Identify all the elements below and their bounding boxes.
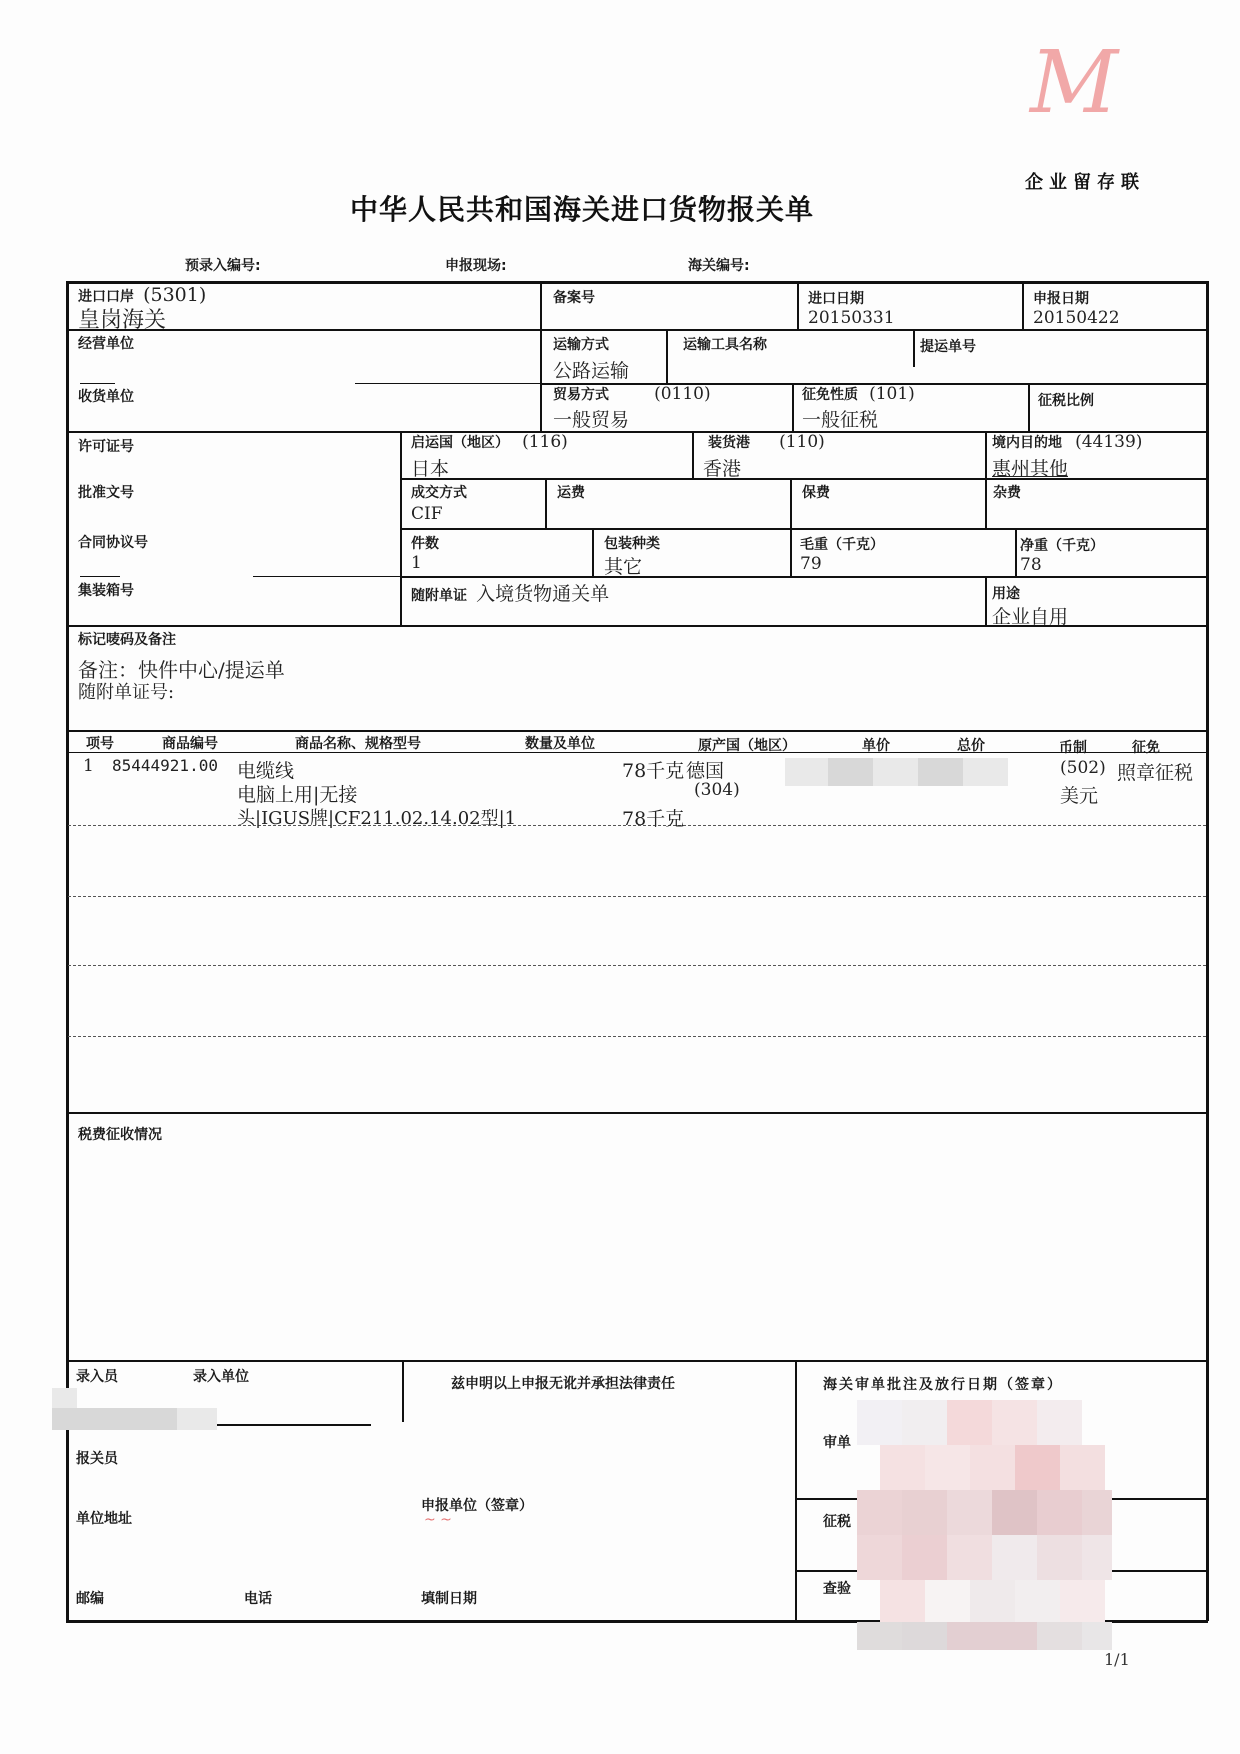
- destination-code: (44139): [1075, 432, 1142, 452]
- exemption-nature-cell: 征免性质 (101): [802, 384, 915, 404]
- redacted-entry-unit: [52, 1408, 177, 1430]
- approval-no-label: 批准文号: [78, 482, 134, 502]
- attached-docs-label: 随附单证: [411, 588, 467, 604]
- goods-name-line-1: 电缆线: [237, 756, 294, 783]
- package-type-value: 其它: [604, 552, 642, 579]
- col-sep: [913, 329, 915, 367]
- row-sep-goods: [66, 730, 1208, 732]
- loading-port-cell: 装货港 (110): [708, 432, 825, 452]
- underline-mark: [80, 431, 81, 433]
- currency-name: 美元: [1060, 781, 1098, 808]
- packages-value: 1: [411, 553, 422, 573]
- goods-name-line-2: 电脑上用|无接: [237, 780, 357, 807]
- col-sep: [1028, 383, 1030, 431]
- transport-mode-label: 运输方式: [553, 334, 609, 354]
- quantity-line-1: 78千克: [622, 756, 684, 783]
- col-header-unit-price: 单价: [862, 735, 890, 755]
- import-port-value: 皇岗海关: [78, 303, 166, 334]
- col-sep: [790, 528, 792, 576]
- attached-docs-value: 入境货物通关单: [476, 583, 609, 605]
- entry-clerk-label: 录入员: [76, 1366, 118, 1386]
- col-sep: [790, 478, 792, 528]
- col-header-currency: 币制: [1059, 737, 1087, 757]
- row-sep-5: [400, 528, 1208, 530]
- col-header-total-price: 总价: [957, 735, 985, 755]
- review-label: 审单: [823, 1432, 851, 1452]
- transaction-mode-label: 成交方式: [411, 482, 467, 502]
- col-sep: [592, 528, 594, 576]
- address-label: 单位地址: [76, 1508, 132, 1528]
- goods-row-divider: [68, 1036, 1206, 1037]
- red-stamp-mark: M: [1030, 40, 1118, 126]
- exemption-nature-code: (101): [869, 384, 915, 404]
- loading-port-label: 装货港: [708, 435, 750, 451]
- destination-cell: 境内目的地 (44139): [992, 432, 1142, 452]
- frame-right: [1206, 281, 1209, 1621]
- redacted-total-price: [873, 758, 918, 786]
- col-sep: [545, 478, 547, 528]
- col-sep: [1015, 528, 1017, 576]
- col-header-origin: 原产国（地区）: [698, 735, 796, 755]
- page-number: 1/1: [1104, 1650, 1130, 1669]
- declare-date-label: 申报日期: [1033, 288, 1089, 308]
- gross-weight-label: 毛重（千克）: [800, 534, 884, 554]
- transport-name-label: 运输工具名称: [683, 334, 767, 354]
- entry-unit-label: 录入单位: [193, 1366, 249, 1386]
- license-no-label: 许可证号: [78, 436, 134, 456]
- redacted-unit-price: [785, 758, 828, 786]
- customs-no-label: 海关编号:: [688, 255, 750, 275]
- exemption-nature-label: 征免性质: [802, 387, 858, 403]
- trade-mode-label: 贸易方式: [553, 387, 609, 403]
- redacted-entry-unit: [52, 1388, 77, 1408]
- col-sep: [1022, 281, 1024, 329]
- destination-value: 惠州其他: [992, 454, 1068, 481]
- operating-unit-label: 经营单位: [78, 333, 134, 353]
- origin-country-value: 日本: [411, 454, 449, 481]
- col-sep: [666, 329, 668, 383]
- declare-date-value: 20150422: [1033, 308, 1120, 328]
- goods-name-line-3: 头|IGUS牌|CF211.02.14.02型|1: [237, 804, 516, 830]
- origin-country-cell: 启运国（地区） (116): [411, 432, 568, 452]
- tax-ratio-label: 征税比例: [1038, 390, 1094, 410]
- col-sep: [795, 1360, 797, 1620]
- net-weight-value: 78: [1020, 555, 1042, 575]
- row-sep-1: [66, 329, 1208, 331]
- postcode-label: 邮编: [76, 1588, 104, 1608]
- redacted-entry-unit: [177, 1408, 217, 1430]
- col-sep: [792, 383, 794, 431]
- gross-weight-value: 79: [800, 554, 822, 574]
- declare-site-label: 申报现场:: [445, 255, 507, 275]
- trade-mode-code: (0110): [654, 384, 711, 404]
- transaction-mode-value: CIF: [411, 504, 443, 524]
- col-header-hs-code: 商品编号: [162, 733, 218, 753]
- red-seal-trace: ~ ~: [424, 1512, 452, 1528]
- col-sep: [985, 431, 987, 478]
- usage-value: 企业自用: [992, 602, 1068, 629]
- col-sep: [692, 431, 694, 478]
- origin-country-code: (116): [522, 432, 568, 452]
- loading-port-value: 香港: [703, 454, 741, 481]
- record-no-label: 备案号: [553, 287, 595, 307]
- transport-mode-value: 公路运输: [553, 356, 629, 383]
- packages-label: 件数: [411, 533, 439, 553]
- broker-label: 报关员: [76, 1448, 118, 1468]
- trade-mode-value: 一般贸易: [553, 405, 629, 432]
- freight-label: 运费: [557, 482, 585, 502]
- col-header-quantity: 数量及单位: [525, 733, 595, 753]
- package-type-label: 包装种类: [604, 533, 660, 553]
- underline-mark: [80, 576, 120, 577]
- destination-label: 境内目的地: [992, 435, 1062, 451]
- row-sep-goods-header: [66, 752, 1208, 753]
- misc-fee-label: 杂费: [993, 482, 1021, 502]
- copy-label: 企业留存联: [1025, 168, 1145, 194]
- trade-mode-cell: 贸易方式 (0110): [553, 384, 711, 404]
- row-sep-6: [400, 576, 1208, 578]
- tax-label: 征税: [823, 1511, 851, 1531]
- customs-approval-label: 海关审单批注及放行日期（签章）: [823, 1374, 1063, 1394]
- attached-doc-no-label: 随附单证号:: [78, 678, 174, 704]
- col-sep: [540, 281, 542, 431]
- origin-country-label: 启运国（地区）: [411, 435, 509, 451]
- col-sep: [985, 576, 987, 625]
- container-no-label: 集装箱号: [78, 580, 134, 600]
- contract-no-label: 合同协议号: [78, 532, 148, 552]
- quantity-line-2: 78千克: [622, 804, 684, 831]
- attached-docs-cell: 随附单证 入境货物通关单: [411, 579, 609, 606]
- currency-code: (502): [1060, 758, 1106, 778]
- import-date-value: 20150331: [808, 308, 895, 328]
- col-sep: [400, 431, 402, 625]
- usage-label: 用途: [992, 583, 1020, 603]
- import-date-label: 进口日期: [808, 288, 864, 308]
- insurance-label: 保费: [802, 482, 830, 502]
- item-no: 1: [83, 756, 94, 776]
- col-header-name-spec: 商品名称、规格型号: [295, 733, 421, 753]
- col-sep: [797, 281, 799, 329]
- row-sep-tax: [66, 1112, 1208, 1114]
- loading-port-code: (110): [779, 432, 825, 452]
- origin-code: (304): [694, 780, 740, 800]
- exemption-mode: 照章征税: [1117, 758, 1193, 785]
- net-weight-label: 净重（千克）: [1020, 535, 1104, 555]
- inspection-label: 查验: [823, 1578, 851, 1598]
- redacted-unit-price: [828, 758, 873, 786]
- bill-no-label: 提运单号: [920, 336, 976, 356]
- tax-section-label: 税费征收情况: [78, 1124, 162, 1144]
- frame-top: [66, 281, 1208, 284]
- redacted-total-price: [918, 758, 963, 786]
- underline-mark: [253, 576, 400, 577]
- col-header-exemption: 征免: [1132, 737, 1160, 757]
- document-title: 中华人民共和国海关进口货物报关单: [350, 188, 814, 228]
- pre-entry-no-label: 预录入编号:: [185, 255, 261, 275]
- row-sep-footer: [66, 1360, 1208, 1362]
- hs-code: 85444921.00: [112, 756, 218, 775]
- exemption-nature-value: 一般征税: [802, 405, 878, 432]
- marks-remarks-label: 标记唛码及备注: [78, 629, 176, 649]
- col-sep: [985, 478, 987, 528]
- fill-date-label: 填制日期: [421, 1588, 477, 1608]
- goods-row-divider: [68, 896, 1206, 897]
- col-header-item-no: 项号: [86, 733, 114, 753]
- phone-label: 电话: [244, 1588, 272, 1608]
- goods-row-divider: [68, 965, 1206, 966]
- col-sep: [402, 1360, 404, 1422]
- consignee-label: 收货单位: [78, 386, 134, 406]
- underline-mark: [355, 383, 540, 384]
- redacted-total-price: [963, 758, 1008, 786]
- declaration-statement: 兹申明以上申报无讹并承担法律责任: [451, 1373, 675, 1393]
- origin-country: 德国: [686, 756, 724, 783]
- underline-mark: [80, 383, 115, 384]
- row-sep-4: [400, 478, 1208, 480]
